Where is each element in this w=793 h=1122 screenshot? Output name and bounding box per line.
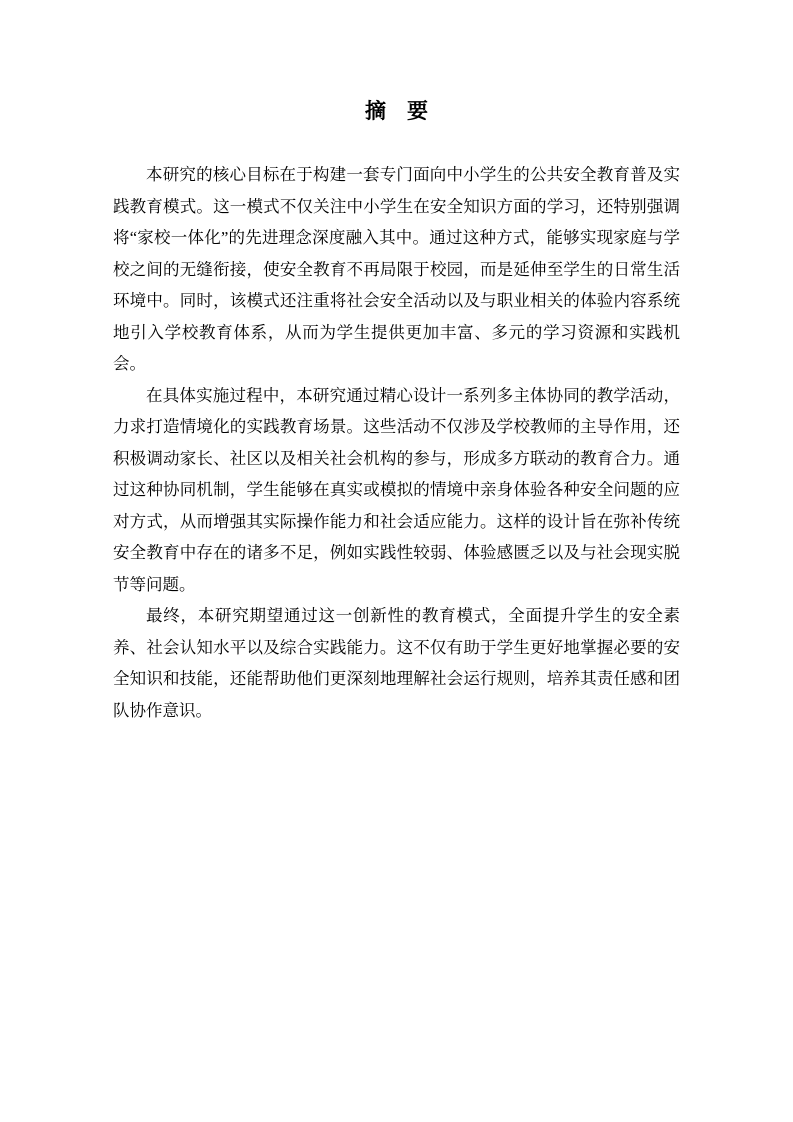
document-page: 摘 要 本研究的核心目标在于构建一套专门面向中小学生的公共安全教育普及实践教育模… [0,0,793,1122]
abstract-paragraph-1: 本研究的核心目标在于构建一套专门面向中小学生的公共安全教育普及实践教育模式。这一… [113,159,680,380]
abstract-paragraph-2: 在具体实施过程中，本研究通过精心设计一系列多主体协同的教学活动，力求打造情境化的… [113,380,680,601]
abstract-title: 摘 要 [113,98,680,126]
abstract-paragraph-3: 最终，本研究期望通过这一创新性的教育模式，全面提升学生的安全素养、社会认知水平以… [113,600,680,726]
